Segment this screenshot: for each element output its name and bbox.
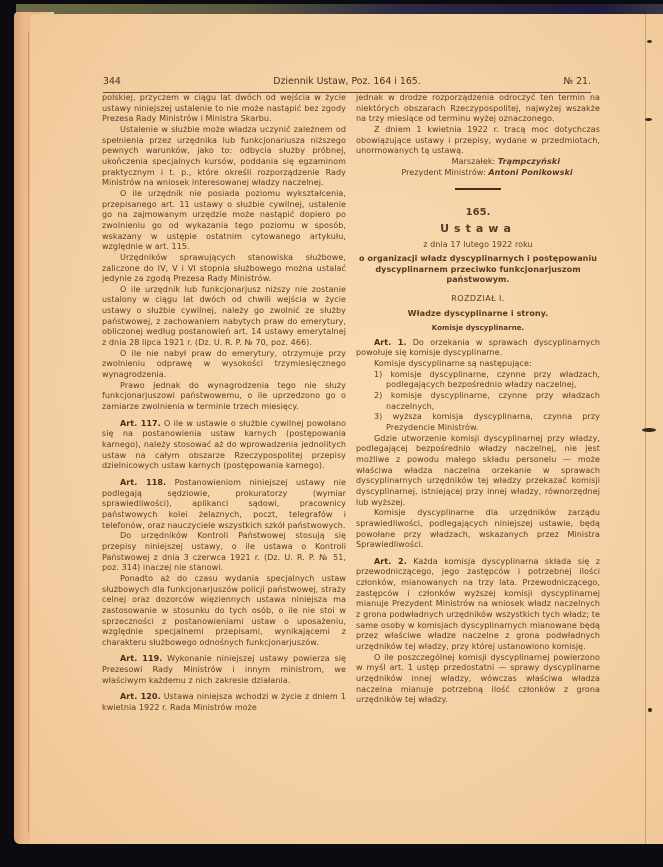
issue-number: № 21.: [563, 76, 591, 87]
article-119: Art. 119. Wykonanie niniejszej ustawy po…: [102, 654, 346, 686]
article-2: Art. 2. Każda komisja dyscyplinarna skła…: [356, 557, 600, 653]
article-text: Każda komisja dyscyplinarna składa się z…: [356, 557, 600, 651]
paragraph: polskiej, przyczem w ciągu lat dwóch od …: [102, 93, 346, 125]
ink-spot: [645, 118, 652, 121]
act-type: Ustawa: [356, 224, 600, 235]
paragraph: Urzędników sprawujących stanowiska służb…: [102, 253, 346, 285]
signature-name: Antoni Ponikowski: [488, 168, 572, 177]
paragraph: Ponadto aż do czasu wydania specjalnych …: [102, 574, 346, 649]
left-column: polskiej, przyczem w ciągu lat dwóch od …: [102, 93, 346, 714]
article-label: Art. 2.: [374, 557, 407, 566]
article-120: Art. 120. Ustawa niniejsza wchodzi w życ…: [102, 692, 346, 713]
article-label: Art. 1.: [374, 338, 407, 347]
article-label: Art. 118.: [120, 478, 166, 487]
act-subject: o organizacji władz dyscyplinarnych i po…: [356, 254, 600, 286]
paragraph: Do urzędników Kontroli Państwowej stosuj…: [102, 531, 346, 574]
ink-spot: [647, 40, 652, 43]
page-clip-mark: [642, 428, 656, 432]
signature-label: Prezydent Ministrów:: [401, 168, 485, 177]
paragraph: Prawo jednak do wynagrodzenia tego nie s…: [102, 381, 346, 413]
paragraph: Z dniem 1 kwietnia 1922 r. tracą moc dot…: [356, 125, 600, 157]
paragraph: O ile urzędnik nie posiada poziomu wyksz…: [102, 189, 346, 253]
article-label: Art. 120.: [120, 692, 161, 701]
chapter-title: Władze dyscyplinarne i strony.: [356, 309, 600, 320]
paragraph: Gdzie utworzenie komisji dyscyplinarnej …: [356, 434, 600, 509]
right-column: jednak w drodze rozporządzenia odroczyć …: [356, 93, 600, 706]
signature-pm: Prezydent Ministrów: Antoni Ponikowski: [356, 168, 600, 179]
paragraph: Komisje dyscyplinarne dla urzędników zar…: [356, 508, 600, 551]
commission-list: 1) komisje dyscyplinarne, czynne przy wł…: [356, 370, 600, 434]
signature-marshal: Marszałek: Trąmpczyński: [356, 157, 600, 168]
act-number: 165.: [356, 208, 600, 219]
page-header: 344 Dziennik Ustaw, Poz. 164 i 165. № 21…: [103, 74, 591, 93]
signature-name: Trąmpczyński: [498, 157, 560, 166]
ink-spot: [648, 708, 652, 712]
paragraph: O ile urzędnik lub funkcjonarjusz niższy…: [102, 285, 346, 349]
list-item: 2) komisje dyscyplinarne, czynne przy wł…: [356, 391, 600, 412]
article-label: Art. 117.: [120, 419, 161, 428]
journal-title: Dziennik Ustaw, Poz. 164 i 165.: [103, 76, 591, 87]
paragraph: Ustalenie w służbie może władza uczynić …: [102, 125, 346, 189]
list-intro: Komisje dyscyplinarne są następujące:: [356, 359, 600, 370]
list-item: 3) wyższa komisja dyscyplinarna, czynna …: [356, 412, 600, 433]
chapter-heading: ROZDZIAŁ I.: [356, 294, 600, 305]
article-117: Art. 117. O ile w ustawie o służbie cywi…: [102, 419, 346, 472]
paragraph: O ile poszczególnej komisji dyscyplinarn…: [356, 653, 600, 706]
list-item: 1) komisje dyscyplinarne, czynne przy wł…: [356, 370, 600, 391]
article-1: Art. 1. Do orzekania w sprawach dyscypli…: [356, 338, 600, 359]
paragraph: jednak w drodze rozporządzenia odroczyć …: [356, 93, 600, 125]
section-title: Komisje dyscyplinarne.: [356, 323, 600, 334]
signature-label: Marszałek:: [452, 157, 496, 166]
article-118: Art. 118. Postanowieniom niniejszej usta…: [102, 478, 346, 531]
paragraph: O ile nie nabył praw do emerytury, otrzy…: [102, 349, 346, 381]
article-label: Art. 119.: [120, 654, 162, 663]
act-date: z dnia 17 lutego 1922 roku: [356, 240, 600, 251]
section-divider: [455, 188, 501, 190]
